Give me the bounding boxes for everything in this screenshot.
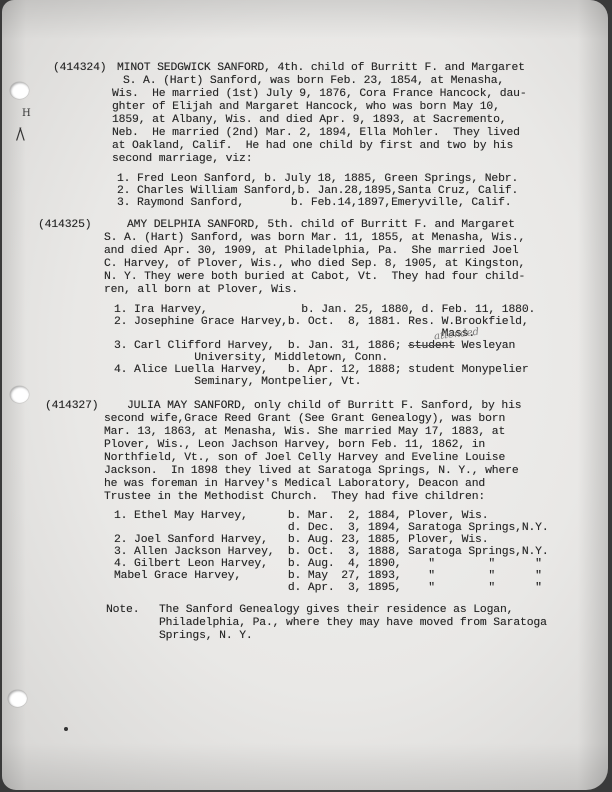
note-label: Note.: [106, 604, 139, 617]
entry-line: Northfield, Vt., son of Joel Celly Harve…: [104, 452, 505, 465]
child-row-tail: Wesleyan: [455, 340, 515, 352]
child-row: d. Apr. 3, 1895, " " ": [114, 582, 542, 595]
entry-line: Wis. He married (1st) July 9, 1876, Cora…: [112, 88, 527, 101]
child-row-text: 3. Carl Clifford Harvey, b. Jan. 31, 188…: [114, 340, 408, 352]
entry-line: ren, all born at Plover, Wis.: [104, 284, 298, 297]
entry-line: and died Apr. 30, 1909, at Philadelphia,…: [104, 245, 519, 258]
ink-speck: [64, 727, 68, 731]
entry-line: S. A. (Hart) Sanford, was born Feb. 23, …: [123, 75, 504, 88]
entry-line: S. A. (Hart) Sanford, was born Mar. 11, …: [104, 232, 525, 245]
child-row: 3. Raymond Sanford, b. Feb.14,1897,Emery…: [117, 197, 511, 210]
entry-line: at Oakland, Calif. He had one child by f…: [112, 140, 513, 153]
binder-hole-middle: [10, 386, 29, 403]
note-line: Springs, N. Y.: [159, 630, 253, 643]
entry-line: ghter of Elijah and Margaret Hancock, wh…: [112, 101, 500, 114]
entry-line: Trustee in the Methodist Church. They ha…: [104, 491, 485, 504]
entry-line: he was foreman in Harvey's Medical Labor…: [104, 478, 485, 491]
entry-line: AMY DELPHIA SANFORD, 5th. child of Burri…: [127, 219, 515, 232]
entry-id: (414325): [38, 219, 91, 232]
entry-line: Plover, Wis., Leon Jachson Harvey, born …: [104, 439, 485, 452]
entry-line: C. Harvey, of Plover, Wis., who died Sep…: [104, 258, 525, 271]
note-text: The Sanford Genealogy gives their reside…: [2, 0, 29, 65]
struck-word: student: [408, 340, 455, 352]
entry-line: second wife,Grace Reed Grant (See Grant …: [104, 413, 505, 426]
entry-line: Jackson. In 1898 they lived at Saratoga …: [104, 465, 519, 478]
entry-line: 1859, at Albany, Wis. and died Apr. 9, 1…: [112, 114, 506, 127]
entry-id: (414324): [53, 62, 106, 75]
entry-line: JULIA MAY SANFORD, only child of Burritt…: [127, 400, 521, 413]
binder-hole-bottom: [8, 690, 27, 707]
entry-line: MINOT SEDGWICK SANFORD, 4th. child of Bu…: [117, 62, 525, 75]
document-page: H /\ (414324) MINOT SEDGWICK SANFORD, 4t…: [2, 0, 608, 790]
child-row-continuation: Seminary, Montpelier, Vt.: [114, 376, 361, 389]
entry-id: (414327): [45, 400, 98, 413]
entry-line: Mar. 13, 1863, at Menasha, Wis. She marr…: [104, 426, 505, 439]
entry-line: Neb. He married (2nd) Mar. 2, 1894, Ella…: [112, 127, 520, 140]
entry-line: second marriage, viz:: [112, 153, 252, 166]
note-line: The Sanford Genealogy gives their reside…: [159, 604, 513, 617]
note-line: Philadelphia, Pa., where they may have m…: [159, 617, 547, 630]
entry-line: N. Y. They were both buried at Cabot, Vt…: [104, 271, 525, 284]
